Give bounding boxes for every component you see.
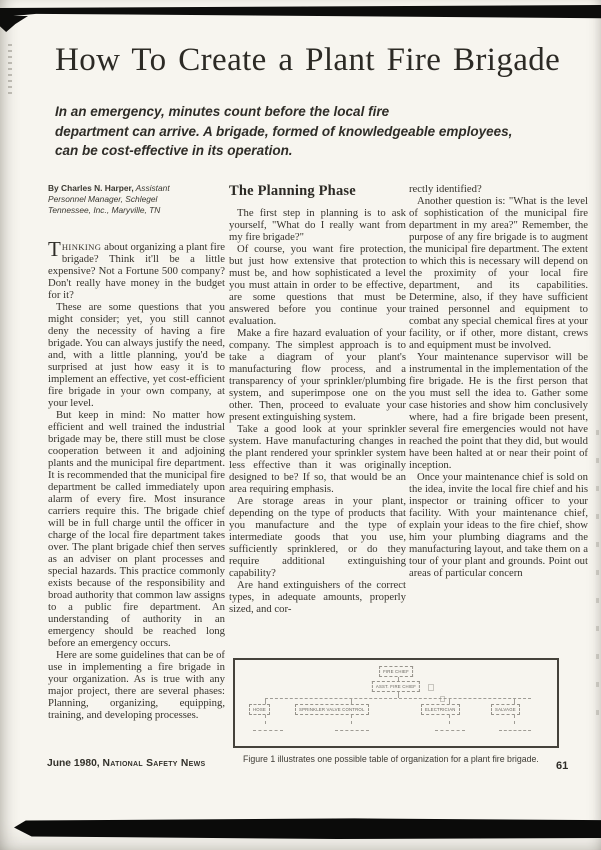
figure-caption: Figure 1 illustrates one possible table … [243, 754, 573, 764]
connector-line [435, 730, 465, 731]
figure-1-org-chart: FIRE CHIEF ASST. FIRE CHIEF HOSE SPRINKL… [233, 658, 559, 748]
smallcaps-word: HINKING [62, 242, 102, 252]
org-node-fire-chief: FIRE CHIEF [379, 666, 413, 677]
paragraph: Of course, you want fire protection, but… [229, 243, 406, 327]
standfirst-line: department can arrive. A brigade, formed… [55, 122, 535, 142]
paragraph: THINKING about organizing a plant fire b… [48, 241, 225, 301]
publication-name: National Safety News [103, 758, 206, 769]
column-middle: The Planning Phase The first step in pla… [229, 183, 406, 615]
scan-artifact-left-speckles [8, 44, 12, 98]
section-heading: The Planning Phase [229, 183, 406, 200]
standfirst-line: can be cost-effective in its operation. [55, 141, 535, 161]
paragraph: These are some questions that you might … [48, 301, 225, 409]
connector-line [335, 730, 369, 731]
column-left: By Charles N. Harper, Assistant Personne… [48, 183, 225, 721]
column-right: rectly identified? Another question is: … [409, 183, 588, 579]
org-node-electrician: ELECTRICIAN [421, 704, 460, 715]
org-node-asst-fire-chief: ASST. FIRE CHIEF [372, 681, 420, 692]
connector-line [514, 715, 515, 724]
paragraph: But keep in mind: No matter how efficien… [48, 409, 225, 649]
connector-line [265, 715, 266, 724]
scanned-magazine-page: How To Create a Plant Fire Brigade In an… [0, 0, 601, 850]
connector-line [253, 730, 283, 731]
byline: By Charles N. Harper, Assistant Personne… [48, 183, 200, 215]
org-node-sprinkler-valve-control: SPRINKLER VALVE CONTROL [295, 704, 369, 715]
byline-author: By Charles N. Harper, [48, 183, 134, 193]
paragraph: Here are some guidelines that can be of … [48, 649, 225, 721]
org-node-hose: HOSE [249, 704, 270, 715]
paragraph: Once your maintenance chief is sold on t… [409, 471, 588, 579]
article-standfirst: In an emergency, minutes count before th… [55, 102, 535, 161]
article-title: How To Create a Plant Fire Brigade [55, 42, 585, 79]
connector-line [449, 715, 450, 724]
scan-artifact-top-bar [0, 5, 601, 22]
org-node-salvage: SALVAGE [491, 704, 520, 715]
issue-footer: June 1980, National Safety News [47, 758, 206, 769]
connector-line [351, 715, 352, 724]
issue-date: June 1980, [47, 758, 100, 769]
standfirst-line: In an emergency, minutes count before th… [55, 102, 535, 122]
scan-artifact-right-bleed [596, 430, 599, 720]
paragraph: Make a fire hazard evaluation of your co… [229, 327, 406, 423]
scan-noise [428, 684, 434, 691]
paragraph: Are storage areas in your plant, dependi… [229, 495, 406, 579]
org-chart-diagram: FIRE CHIEF ASST. FIRE CHIEF HOSE SPRINKL… [235, 660, 557, 746]
scan-artifact-bottom-bar [14, 818, 601, 839]
paragraph: rectly identified? [409, 183, 588, 195]
paragraph: The first step in planning is to ask you… [229, 207, 406, 243]
paragraph: Take a good look at your sprinkler syste… [229, 423, 406, 495]
scan-noise [440, 696, 445, 702]
paragraph: Are hand extinguishers of the correct ty… [229, 579, 406, 615]
scan-artifact-top-left-blob [0, 16, 28, 32]
connector-line [499, 730, 531, 731]
drop-initial: T [48, 241, 62, 258]
paragraph: Another question is: "What is the level … [409, 195, 588, 351]
page-number: 61 [556, 760, 568, 772]
paragraph: Your maintenance supervisor will be inst… [409, 351, 588, 471]
connector-line [265, 698, 531, 699]
